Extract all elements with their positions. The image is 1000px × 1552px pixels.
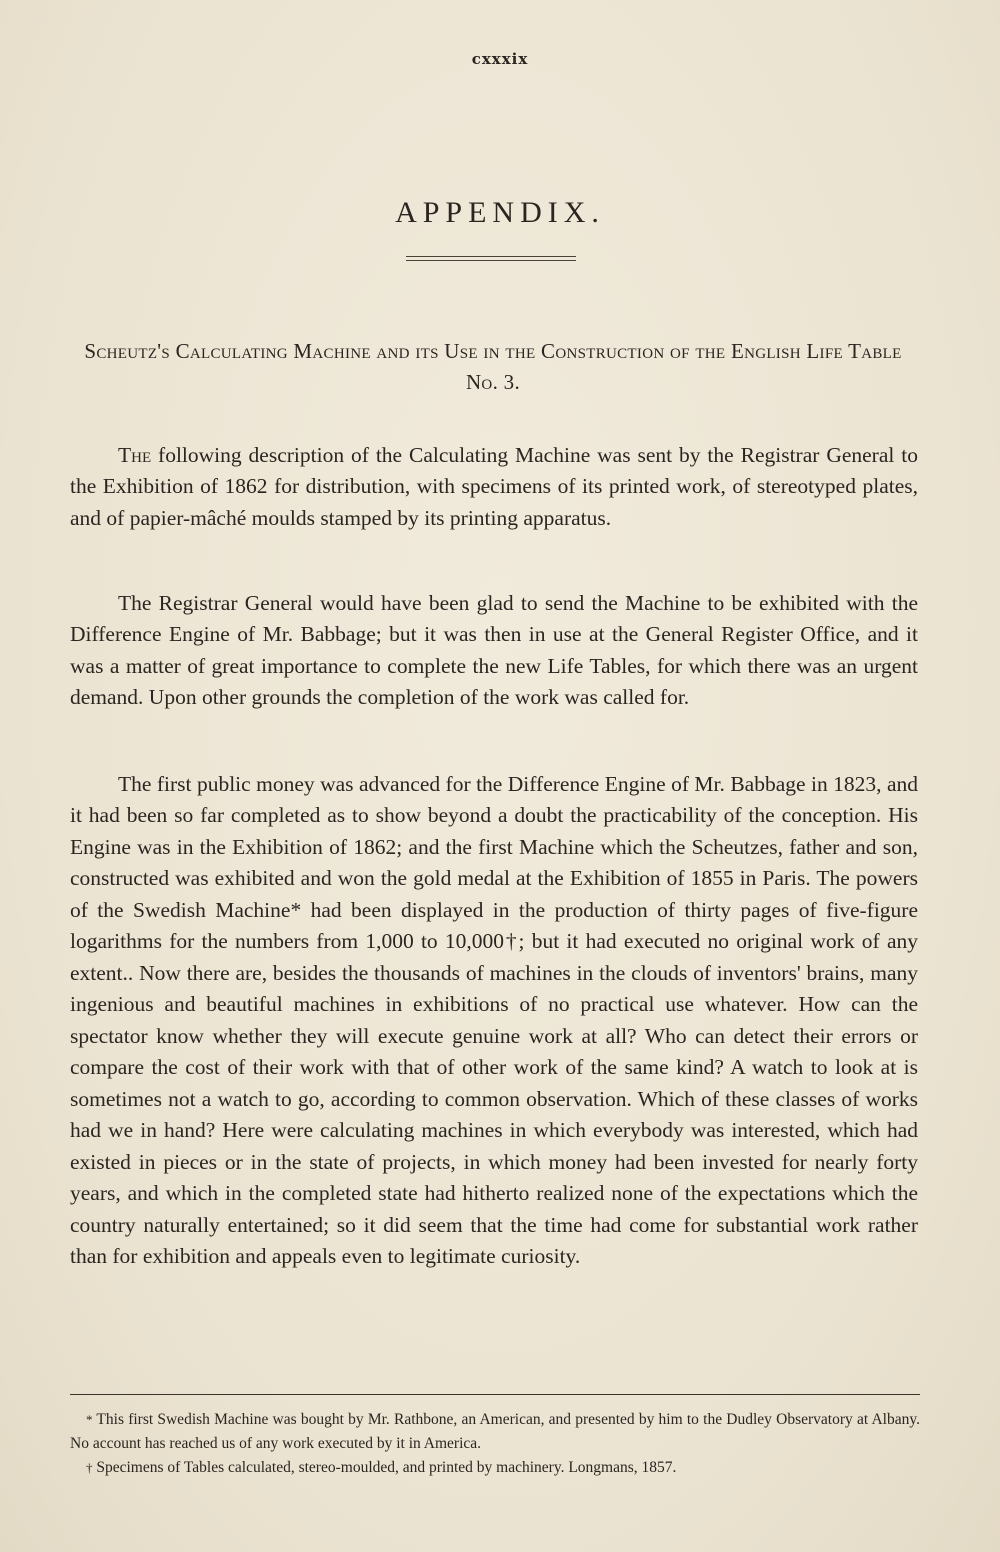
paragraph-2: The Registrar General would have been gl… (70, 588, 918, 714)
paragraph-1: The following description of the Calcula… (70, 440, 918, 535)
page-title: APPENDIX. (0, 196, 1000, 230)
paragraph-lead: The (118, 443, 151, 467)
footnote-2: † Specimens of Tables calculated, stereo… (70, 1456, 920, 1480)
section-heading: Scheutz's Calculating Machine and its Us… (68, 336, 918, 398)
paragraph-text: The first public money was advanced for … (70, 772, 918, 1269)
paragraph-3: The first public money was advanced for … (70, 769, 918, 1273)
document-page: cxxxix APPENDIX. Scheutz's Calculating M… (0, 0, 1000, 1552)
footnote-text: Specimens of Tables calculated, stereo-m… (93, 1459, 677, 1476)
paragraph-text: The Registrar General would have been gl… (70, 591, 918, 710)
page-number: cxxxix (0, 50, 1000, 68)
paragraph-text: following description of the Calculating… (70, 443, 918, 530)
footnote-text: This first Swedish Machine was bought by… (70, 1411, 920, 1452)
footnotes: * This first Swedish Machine was bought … (70, 1408, 920, 1480)
footnote-divider (70, 1394, 920, 1395)
footnote-1: * This first Swedish Machine was bought … (70, 1408, 920, 1456)
title-divider (406, 256, 576, 261)
